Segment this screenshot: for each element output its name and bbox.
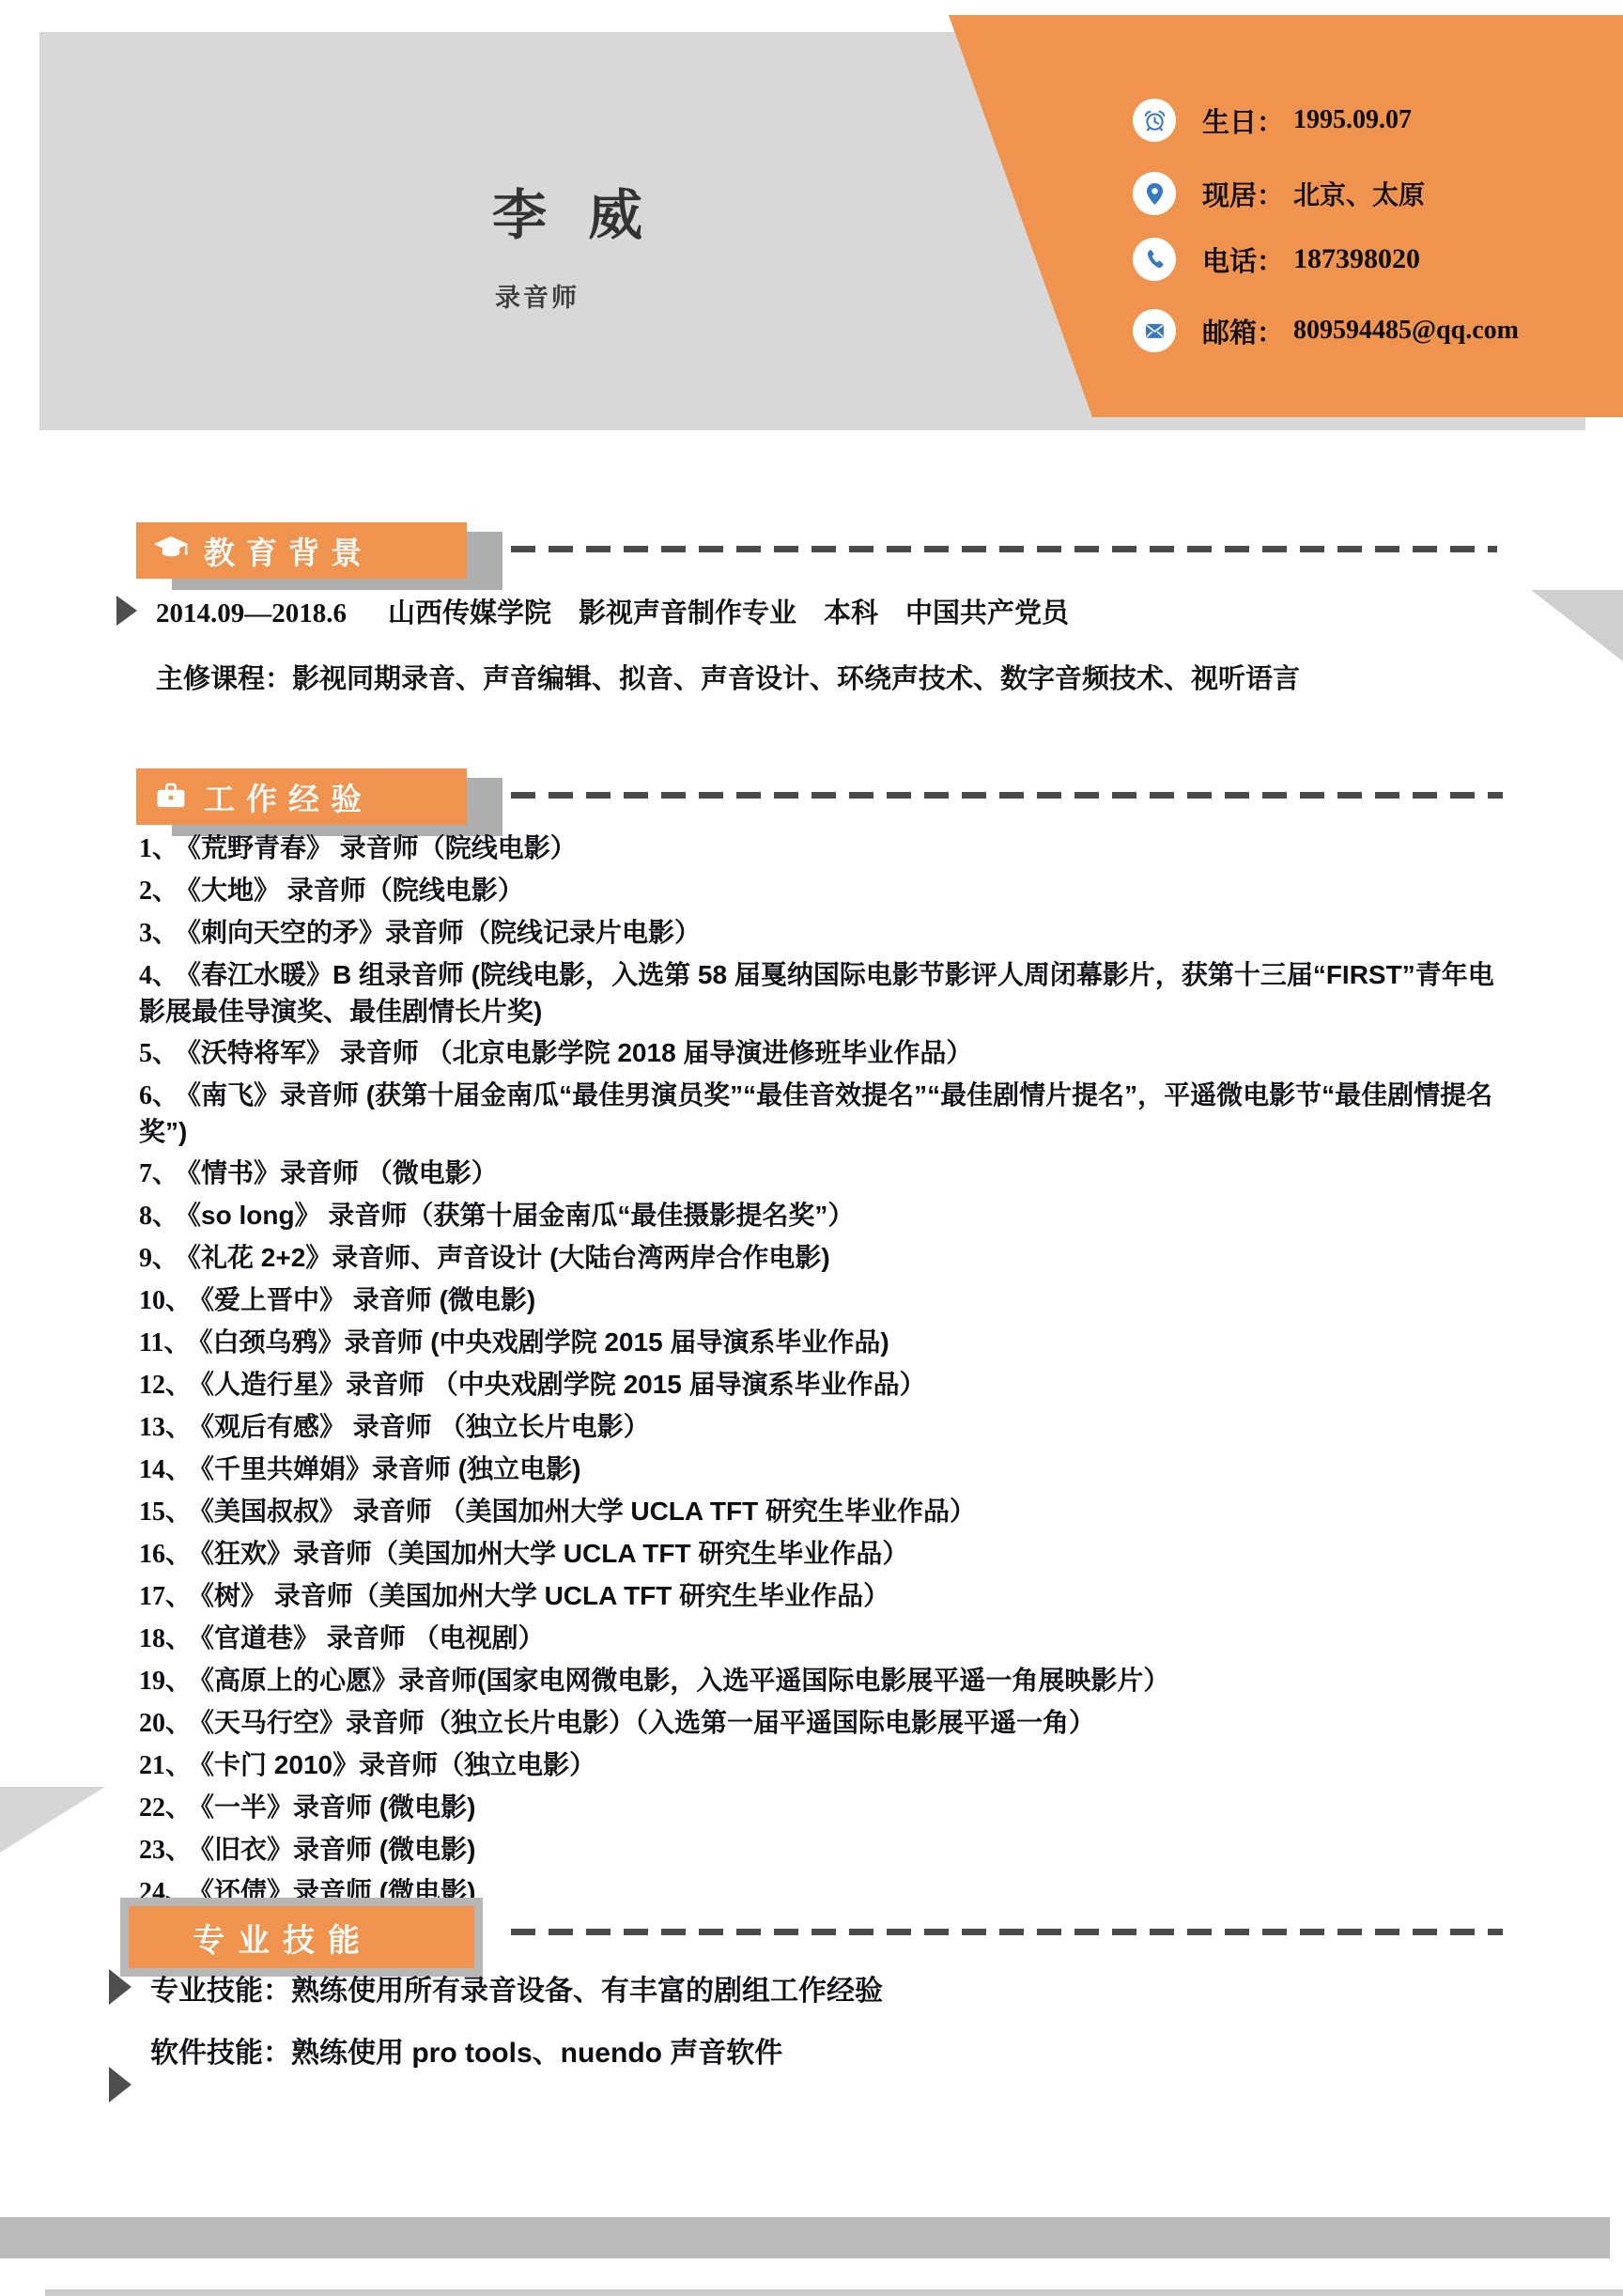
work-item-text: 《卡门 2010》录音师（独立电影） <box>201 1750 595 1779</box>
work-item: 12、《人造行星》录音师 （中央戏剧学院 2015 届导演系毕业作品） <box>139 1367 1499 1404</box>
skills-dashed-line <box>511 1929 1503 1935</box>
work-item-number: 1、 <box>139 834 178 863</box>
work-item: 22、《一半》录音师 (微电影) <box>139 1790 1499 1826</box>
education-summary: 山西传媒学院 影视声音制作专业 本科 中国共产党员 <box>388 598 1069 628</box>
bullet-arrow-icon <box>109 2067 131 2102</box>
work-item-text: 《刺向天空的矛》录音师（院线记录片电影） <box>188 918 701 947</box>
work-item: 19、《高原上的心愿》录音师(国家电网微电影，入选平遥国际电影展平遥一角展映影片… <box>139 1663 1499 1699</box>
work-item-number: 12、 <box>139 1371 192 1400</box>
work-item-number: 20、 <box>139 1709 192 1738</box>
work-item-text: 《观后有感》 录音师 （独立长片电影） <box>201 1412 650 1441</box>
work-item: 1、《荒野青春》 录音师（院线电影） <box>139 830 1499 867</box>
work-item: 18、《官道巷》 录音师 （电视剧） <box>139 1621 1499 1657</box>
work-item-text: 《南飞》录音师 (获第十届金南瓜“最佳男演员奖”“最佳音效提名”“最佳剧情片提名… <box>139 1080 1492 1146</box>
work-item: 7、《情书》录音师 （微电影） <box>139 1156 1499 1192</box>
contact-label: 电话： <box>1202 240 1284 279</box>
work-item-text: 《大地》 录音师（院线电影） <box>188 876 524 905</box>
decor-wedge-left <box>0 1787 105 1853</box>
education-heading: 教育背景 <box>204 529 373 573</box>
work-item: 2、《大地》 录音师（院线电影） <box>139 873 1499 909</box>
resume-page: 李 威 录音师 生日： 1995.09.07 现居： 北京、太原 电 <box>0 0 1623 2296</box>
footer-edge-strip <box>45 2289 1623 2296</box>
work-item-text: 《美国叔叔》 录音师 （美国加州大学 UCLA TFT 研究生毕业作品） <box>201 1497 976 1526</box>
briefcase-icon <box>151 777 191 816</box>
work-item: 6、《南飞》录音师 (获第十届金南瓜“最佳男演员奖”“最佳音效提名”“最佳剧情片… <box>139 1078 1499 1150</box>
work-item-number: 9、 <box>139 1244 178 1273</box>
work-item-text: 《天马行空》录音师（独立长片电影）（入选第一届平遥国际电影展平遥一角） <box>201 1708 1095 1737</box>
work-item-number: 18、 <box>139 1624 192 1653</box>
work-item-number: 23、 <box>139 1836 192 1865</box>
work-item: 20、《天马行空》录音师（独立长片电影）（入选第一届平遥国际电影展平遥一角） <box>139 1705 1499 1742</box>
work-item: 4、《春江水暖》B 组录音师 (院线电影，入选第 58 届戛纳国际电影节影评人周… <box>139 957 1499 1030</box>
skills-section-header: 专业技能 <box>120 1898 483 1977</box>
work-item-text: 《人造行星》录音师 （中央戏剧学院 2015 届导演系毕业作品） <box>201 1370 926 1399</box>
skills-heading: 专业技能 <box>129 1915 373 1961</box>
work-item-text: 《礼花 2+2》录音师、声音设计 (大陆台湾两岸合作电影) <box>188 1243 830 1272</box>
work-item-number: 13、 <box>139 1413 192 1442</box>
contact-value: 北京、太原 <box>1293 175 1425 212</box>
work-item: 11、《白颈乌鸦》录音师 (中央戏剧学院 2015 届导演系毕业作品) <box>139 1325 1499 1361</box>
candidate-title: 录音师 <box>495 277 580 314</box>
education-courses: 主修课程：影视同期录音、声音编辑、拟音、声音设计、环绕声技术、数字音频技术、视听… <box>156 658 1300 696</box>
work-item-text: 《一半》录音师 (微电影) <box>201 1792 475 1822</box>
candidate-name: 李 威 <box>492 171 656 250</box>
work-item: 8、《so long》 录音师（获第十届金南瓜“最佳摄影提名奖”） <box>139 1198 1499 1234</box>
phone-icon <box>1133 238 1176 281</box>
work-item-text: 《春江水暖》B 组录音师 (院线电影，入选第 58 届戛纳国际电影节影评人周闭幕… <box>139 960 1494 1026</box>
work-item-number: 10、 <box>139 1286 192 1315</box>
work-item-number: 5、 <box>139 1039 178 1068</box>
work-dashed-line <box>511 792 1503 799</box>
contact-value: 809594485@qq.com <box>1293 316 1519 346</box>
work-item: 3、《刺向天空的矛》录音师（院线记录片电影） <box>139 915 1499 952</box>
work-item-number: 14、 <box>139 1455 192 1484</box>
work-heading: 工作经验 <box>204 775 373 819</box>
work-item: 21、《卡门 2010》录音师（独立电影） <box>139 1747 1499 1784</box>
work-item-text: 《so long》 录音师（获第十届金南瓜“最佳摄影提名奖”） <box>188 1201 854 1230</box>
work-item-number: 8、 <box>139 1202 178 1231</box>
work-item: 5、《沃特将军》 录音师 （北京电影学院 2018 届导演进修班毕业作品） <box>139 1035 1499 1072</box>
education-entry: 2014.09—2018.6山西传媒学院 影视声音制作专业 本科 中国共产党员 <box>156 592 1069 630</box>
work-item-text: 《旧衣》录音师 (微电影) <box>201 1835 475 1864</box>
alarm-clock-icon <box>1133 99 1176 142</box>
decor-wedge-right <box>1531 590 1623 661</box>
graduation-cap-icon <box>151 531 191 570</box>
work-list: 1、《荒野青春》 录音师（院线电影） 2、《大地》 录音师（院线电影） 3、《刺… <box>139 830 1499 1916</box>
work-section-header: 工作经验 <box>136 768 467 825</box>
work-item-text: 《荒野青春》 录音师（院线电影） <box>188 833 577 862</box>
work-item-text: 《白颈乌鸦》录音师 (中央戏剧学院 2015 届导演系毕业作品) <box>199 1327 889 1357</box>
work-item-number: 6、 <box>139 1081 178 1110</box>
work-item: 16、《狂欢》录音师（美国加州大学 UCLA TFT 研究生毕业作品） <box>139 1536 1499 1573</box>
work-item: 23、《旧衣》录音师 (微电影) <box>139 1832 1499 1869</box>
work-item: 10、《爱上晋中》 录音师 (微电影) <box>139 1282 1499 1319</box>
skill-row-hardware: 专业技能：熟练使用所有录音设备、有丰富的剧组工作经验 <box>150 1967 883 2009</box>
education-period: 2014.09—2018.6 <box>156 598 347 628</box>
work-item-number: 19、 <box>139 1667 192 1696</box>
work-item-number: 7、 <box>139 1159 178 1188</box>
footer-gray-bar <box>0 2217 1610 2258</box>
work-item-text: 《爱上晋中》 录音师 (微电影) <box>201 1285 535 1314</box>
work-item-number: 22、 <box>139 1793 192 1823</box>
work-item: 14、《千里共婵娟》录音师 (独立电影) <box>139 1451 1499 1488</box>
work-item-number: 3、 <box>139 919 178 948</box>
skill-row-software: 软件技能：熟练使用 pro tools、nuendo 声音软件 <box>150 2029 782 2071</box>
work-item-number: 16、 <box>139 1540 192 1569</box>
work-item-number: 21、 <box>139 1751 192 1780</box>
contact-row-location: 现居： 北京、太原 <box>1133 171 1425 216</box>
contact-label: 邮箱： <box>1202 312 1284 350</box>
work-item: 13、《观后有感》 录音师 （独立长片电影） <box>139 1409 1499 1446</box>
work-item-number: 11、 <box>139 1328 190 1357</box>
education-section-header: 教育背景 <box>136 522 467 579</box>
work-item: 15、《美国叔叔》 录音师 （美国加州大学 UCLA TFT 研究生毕业作品） <box>139 1494 1499 1530</box>
contact-row-birthday: 生日： 1995.09.07 <box>1133 98 1412 143</box>
work-item-number: 15、 <box>139 1497 192 1527</box>
work-item-text: 《情书》录音师 （微电影） <box>188 1158 498 1187</box>
work-item-number: 17、 <box>139 1582 192 1611</box>
work-item-number: 2、 <box>139 877 178 906</box>
work-item-text: 《狂欢》录音师（美国加州大学 UCLA TFT 研究生毕业作品） <box>201 1539 908 1568</box>
location-pin-icon <box>1133 172 1176 215</box>
contact-row-email: 邮箱： 809594485@qq.com <box>1133 308 1519 353</box>
work-item: 9、《礼花 2+2》录音师、声音设计 (大陆台湾两岸合作电影) <box>139 1240 1499 1277</box>
education-dashed-line <box>511 546 1497 552</box>
bullet-arrow-icon <box>116 596 137 626</box>
contact-label: 现居： <box>1202 175 1284 213</box>
bullet-arrow-icon <box>109 1969 131 2005</box>
contact-value: 1995.09.07 <box>1293 105 1412 135</box>
work-item-text: 《沃特将军》 录音师 （北京电影学院 2018 届导演进修班毕业作品） <box>188 1038 972 1067</box>
work-item-text: 《高原上的心愿》录音师(国家电网微电影，入选平遥国际电影展平遥一角展映影片） <box>201 1666 1169 1695</box>
contact-value: 187398020 <box>1293 243 1420 275</box>
work-item-text: 《千里共婵娟》录音师 (独立电影) <box>201 1454 580 1483</box>
contact-label: 生日： <box>1202 101 1284 140</box>
work-item-text: 《官道巷》 录音师 （电视剧） <box>201 1623 545 1652</box>
mail-icon <box>1133 309 1176 352</box>
work-item: 17、《树》 录音师（美国加州大学 UCLA TFT 研究生毕业作品） <box>139 1578 1499 1615</box>
contact-row-phone: 电话： 187398020 <box>1133 237 1420 282</box>
work-item-number: 4、 <box>139 961 178 990</box>
work-item-text: 《树》 录音师（美国加州大学 UCLA TFT 研究生毕业作品） <box>201 1581 889 1610</box>
